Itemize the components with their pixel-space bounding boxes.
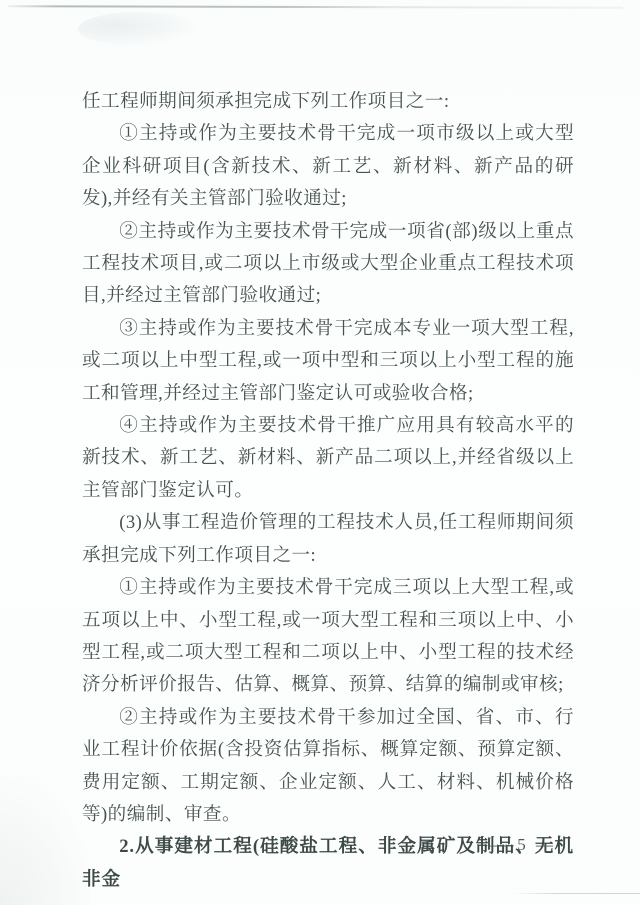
paragraph: ②主持或作为主要技术骨干完成一项省(部)级以上重点工程技术项目,或二项以上市级或…: [82, 216, 574, 313]
paragraph: ②主持或作为主要技术骨干参加过全国、省、市、行业工程计价依据(含投资估算指标、概…: [82, 702, 574, 832]
scan-artifact-smudge: [78, 12, 198, 46]
scanned-document-page: 任工程师期间须承担完成下列工作项目之一:①主持或作为主要技术骨干完成一项市级以上…: [0, 0, 640, 905]
document-body: 任工程师期间须承担完成下列工作项目之一:①主持或作为主要技术骨干完成一项市级以上…: [82, 86, 574, 896]
paragraph: ①主持或作为主要技术骨干完成一项市级以上或大型企业科研项目(含新技术、新工艺、新…: [82, 118, 574, 215]
paragraph: ①主持或作为主要技术骨干完成三项以上大型工程,或五项以上中、小型工程,或一项大型…: [82, 572, 574, 702]
paragraph: 任工程师期间须承担完成下列工作项目之一:: [82, 86, 574, 118]
paragraph: (3)从事工程造价管理的工程技术人员,任工程师期间须承担完成下列工作项目之一:: [82, 507, 574, 572]
paragraph: ④主持或作为主要技术骨干推广应用具有较高水平的新技术、新工艺、新材料、新产品二项…: [82, 410, 574, 507]
scan-artifact-corner-shadow: [0, 775, 90, 905]
paragraph: ③主持或作为主要技术骨干完成本专业一项大型工程,或二项以上中型工程,或一项中型和…: [82, 313, 574, 410]
scan-artifact-top-line: [8, 5, 623, 8]
page-number: — 5 —: [490, 835, 556, 855]
